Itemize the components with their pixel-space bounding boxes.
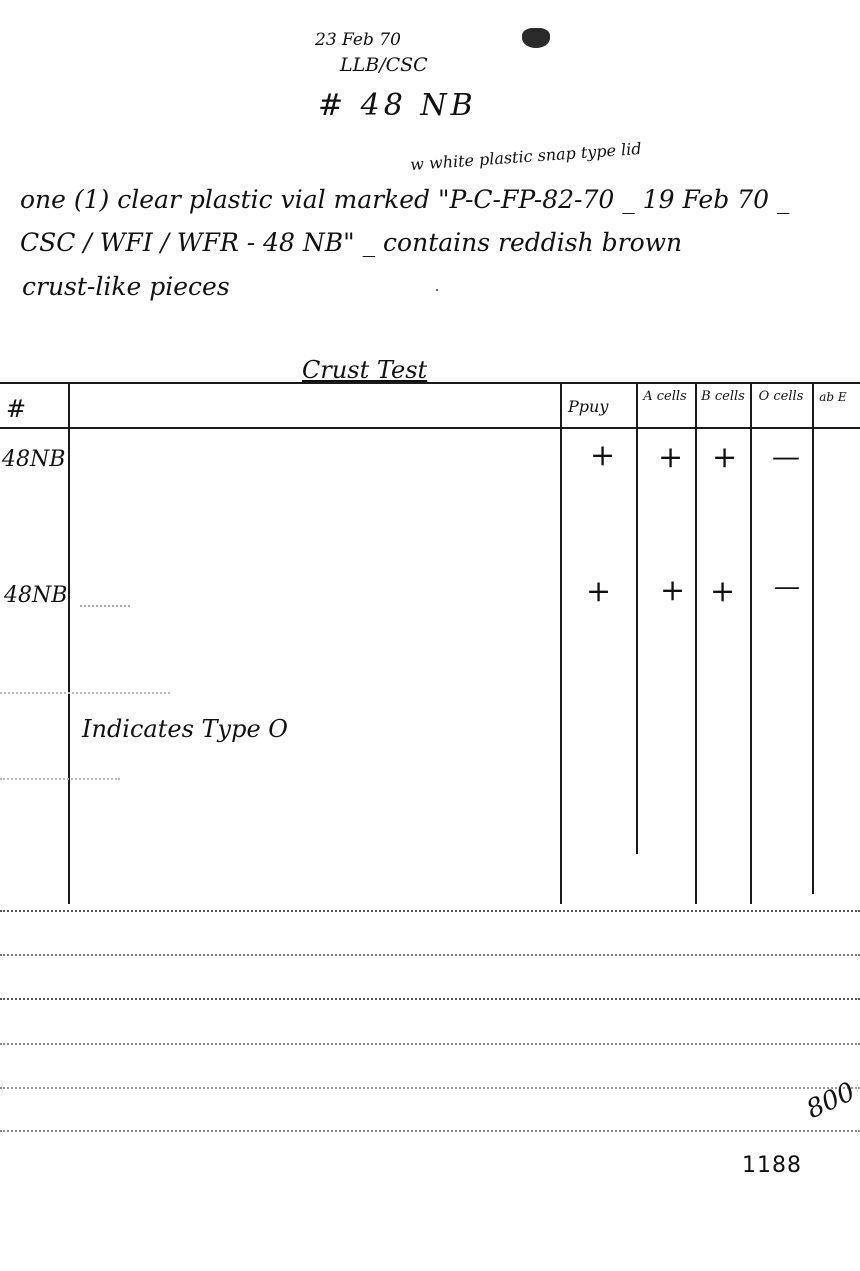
column-header-ab-e: ab E <box>818 390 848 404</box>
column-header-a-cells: A cells <box>640 390 690 404</box>
description-line-2: CSC / WFI / WFR - 48 NB" _ contains redd… <box>20 228 682 257</box>
result-ppuy: + <box>586 574 611 609</box>
column-divider <box>695 384 697 904</box>
column-divider <box>636 384 638 854</box>
description-insertion: w white plastic snap type lid <box>410 139 642 174</box>
column-header-b-cells: B cells <box>700 390 746 404</box>
result-a-cells: + <box>658 440 683 475</box>
result-o-cells: — <box>774 572 800 602</box>
column-divider <box>68 384 70 904</box>
column-header-ppuy: Ppuy <box>568 397 608 416</box>
handwritten-number: 800 <box>802 1077 860 1125</box>
ruled-line <box>0 998 860 1000</box>
description-line-3: crust-like pieces <box>22 272 230 301</box>
table-top-rule <box>0 382 860 384</box>
result-b-cells: + <box>710 574 735 609</box>
ink-blot <box>522 28 550 48</box>
ruled-line <box>0 1130 860 1132</box>
table-title: Crust Test <box>302 356 427 384</box>
ruled-line <box>0 692 170 694</box>
column-header-number: # <box>6 395 26 423</box>
page-number: 1188 <box>742 1153 802 1178</box>
table-header-rule <box>0 427 860 429</box>
ruled-line <box>80 605 130 607</box>
result-a-cells: + <box>660 573 685 608</box>
stray-mark <box>436 289 438 291</box>
description-line-1: one (1) clear plastic vial marked "P-C-F… <box>20 185 789 214</box>
column-divider <box>812 384 814 894</box>
result-b-cells: + <box>712 440 737 475</box>
column-divider <box>560 384 562 904</box>
result-ppuy: + <box>590 438 615 473</box>
ruled-line <box>0 1087 860 1089</box>
header-date: 23 Feb 70 <box>315 30 401 50</box>
ruled-line <box>0 910 860 912</box>
ruled-line <box>0 954 860 956</box>
result-o-cells: — <box>772 440 800 473</box>
item-number: # 48 NB <box>318 88 477 123</box>
column-divider <box>750 384 752 904</box>
header-initials: LLB/CSC <box>340 54 428 76</box>
conclusion-note: Indicates Type O <box>82 715 288 743</box>
column-header-o-cells: O cells <box>754 390 808 404</box>
row-id: 48NB <box>2 447 65 472</box>
ruled-line <box>0 1043 860 1045</box>
row-id: 48NB <box>4 583 67 608</box>
ruled-line <box>0 778 120 780</box>
